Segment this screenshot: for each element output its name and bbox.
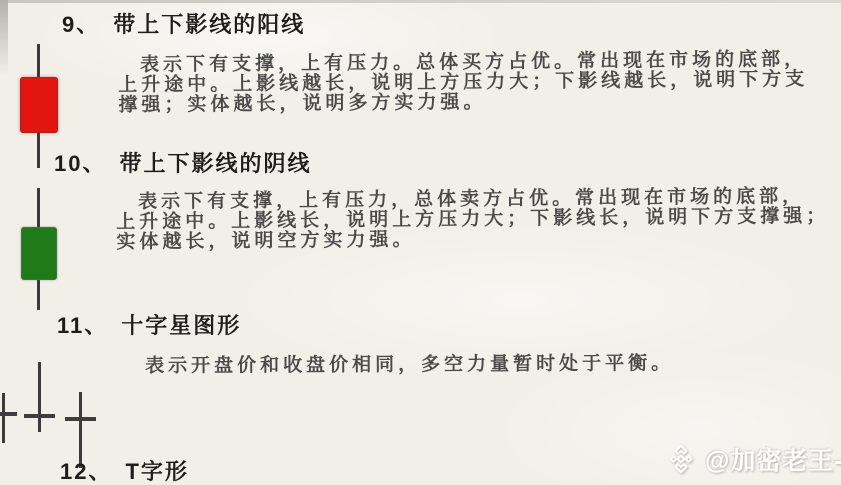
page-top-edge xyxy=(0,0,841,3)
section-10-paragraph: 表示下有支撑，上有压力，总体卖方占优。常出现在市场的底部， 上升途中。上影线长，… xyxy=(116,187,830,253)
paragraph-line: 撑强；实体越长，说明多方实力强。 xyxy=(118,90,808,116)
document-page: 9、带上下影线的阳线 表示下有支撑，上有压力。总体买方占优。常出现在市场的底部，… xyxy=(0,0,841,485)
paragraph-line: 表示开盘价和收盘价相同，多空力量暂时处于平衡。 xyxy=(117,354,674,377)
watermark: @加密老王- xyxy=(664,441,841,477)
section-9-paragraph: 表示下有支撑，上有压力。总体买方占优。常出现在市场的底部， 上升途中。上影线越长… xyxy=(118,50,809,116)
section-11-heading: 11、十字星图形 xyxy=(57,309,241,340)
bearish-candle-body xyxy=(21,227,57,280)
watermark-handle: @加密老王- xyxy=(705,441,841,477)
section-number: 12、 xyxy=(60,459,112,484)
doji-cross-wick xyxy=(38,362,41,432)
section-10-heading: 10、带上下影线的阴线 xyxy=(54,147,312,178)
section-11-paragraph: 表示开盘价和收盘价相同，多空力量暂时处于平衡。 xyxy=(117,354,674,377)
section-12-heading: 12、T字形 xyxy=(60,455,189,485)
paragraph-line: 实体越长，说明空方实力强。 xyxy=(116,227,829,253)
section-title: 带上下影线的阳线 xyxy=(113,12,305,37)
binance-diamond-icon xyxy=(664,442,698,476)
section-title: 十字星图形 xyxy=(121,313,241,338)
section-number: 10、 xyxy=(54,151,106,176)
section-number: 9、 xyxy=(62,12,100,37)
section-title: T字形 xyxy=(125,459,188,484)
doji-cross-bar xyxy=(0,412,17,416)
doji-cross-wick xyxy=(2,393,5,443)
doji-cross-bar xyxy=(24,414,55,418)
bullish-candle-body xyxy=(20,77,58,133)
section-9-heading: 9、带上下影线的阳线 xyxy=(62,8,305,39)
section-title: 带上下影线的阴线 xyxy=(119,151,311,176)
page-left-edge xyxy=(0,0,8,75)
doji-cross-bar xyxy=(65,417,96,421)
section-number: 11、 xyxy=(57,313,108,338)
